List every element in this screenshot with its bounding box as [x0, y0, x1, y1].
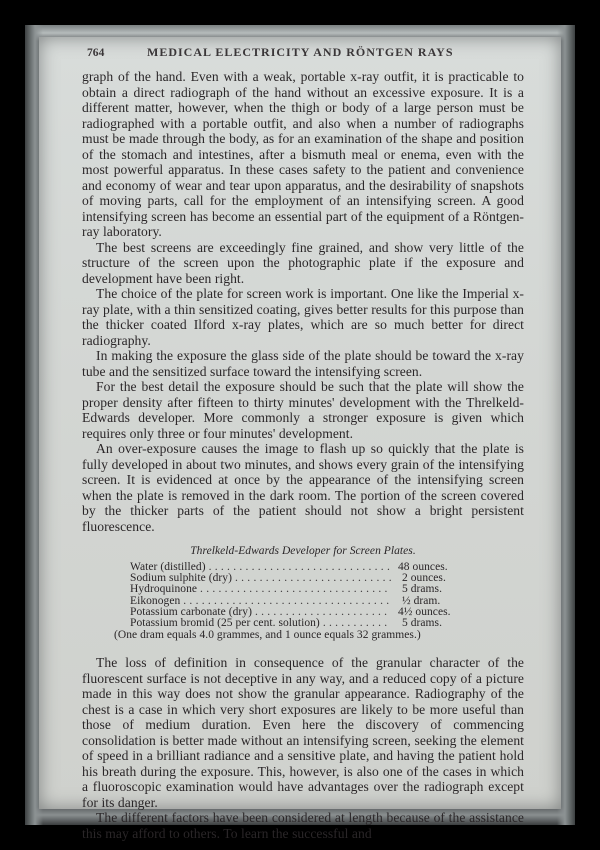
paragraph: The loss of definition in consequence of…: [82, 655, 524, 810]
leader-dots: [200, 584, 391, 595]
running-title: MEDICAL ELECTRICITY AND RÖNTGEN RAYS: [147, 45, 454, 61]
leader-dots: [235, 573, 391, 584]
paragraph: The choice of the plate for screen work …: [82, 286, 524, 348]
conversion-note: (One dram equals 4.0 grammes, and 1 ounc…: [114, 629, 524, 641]
paragraph: The different factors have been consider…: [82, 810, 524, 841]
quantity: 5 drams.: [394, 584, 470, 595]
developer-table: Threlkeld-Edwards Developer for Screen P…: [82, 544, 524, 641]
paragraph: The best screens are exceedingly fine gr…: [82, 240, 524, 287]
ingredient: Hydroquinone: [130, 584, 197, 595]
paragraph: In making the exposure the glass side of…: [82, 348, 524, 379]
paragraph: graph of the hand. Even with a weak, por…: [82, 69, 524, 240]
running-head: 764 MEDICAL ELECTRICITY AND RÖNTGEN RAYS: [87, 45, 524, 59]
ingredient: Potassium bromid (25 per cent. solution): [130, 618, 320, 629]
paragraph: An over-exposure causes the image to fla…: [82, 441, 524, 534]
developer-table-title: Threlkeld-Edwards Developer for Screen P…: [82, 544, 524, 558]
leader-dots: [209, 562, 391, 573]
leader-dots: [323, 618, 391, 629]
quantity: 5 drams.: [394, 618, 470, 629]
developer-recipe: Water (distilled) 48 ounces. Sodium sulp…: [130, 562, 470, 629]
page-number: 764: [87, 46, 147, 62]
paragraph: For the best detail the exposure should …: [82, 379, 524, 441]
recipe-row: Potassium bromid (25 per cent. solution)…: [130, 618, 470, 629]
page-content: 764 MEDICAL ELECTRICITY AND RÖNTGEN RAYS…: [82, 45, 524, 841]
recipe-row: Hydroquinone 5 drams.: [130, 584, 470, 595]
